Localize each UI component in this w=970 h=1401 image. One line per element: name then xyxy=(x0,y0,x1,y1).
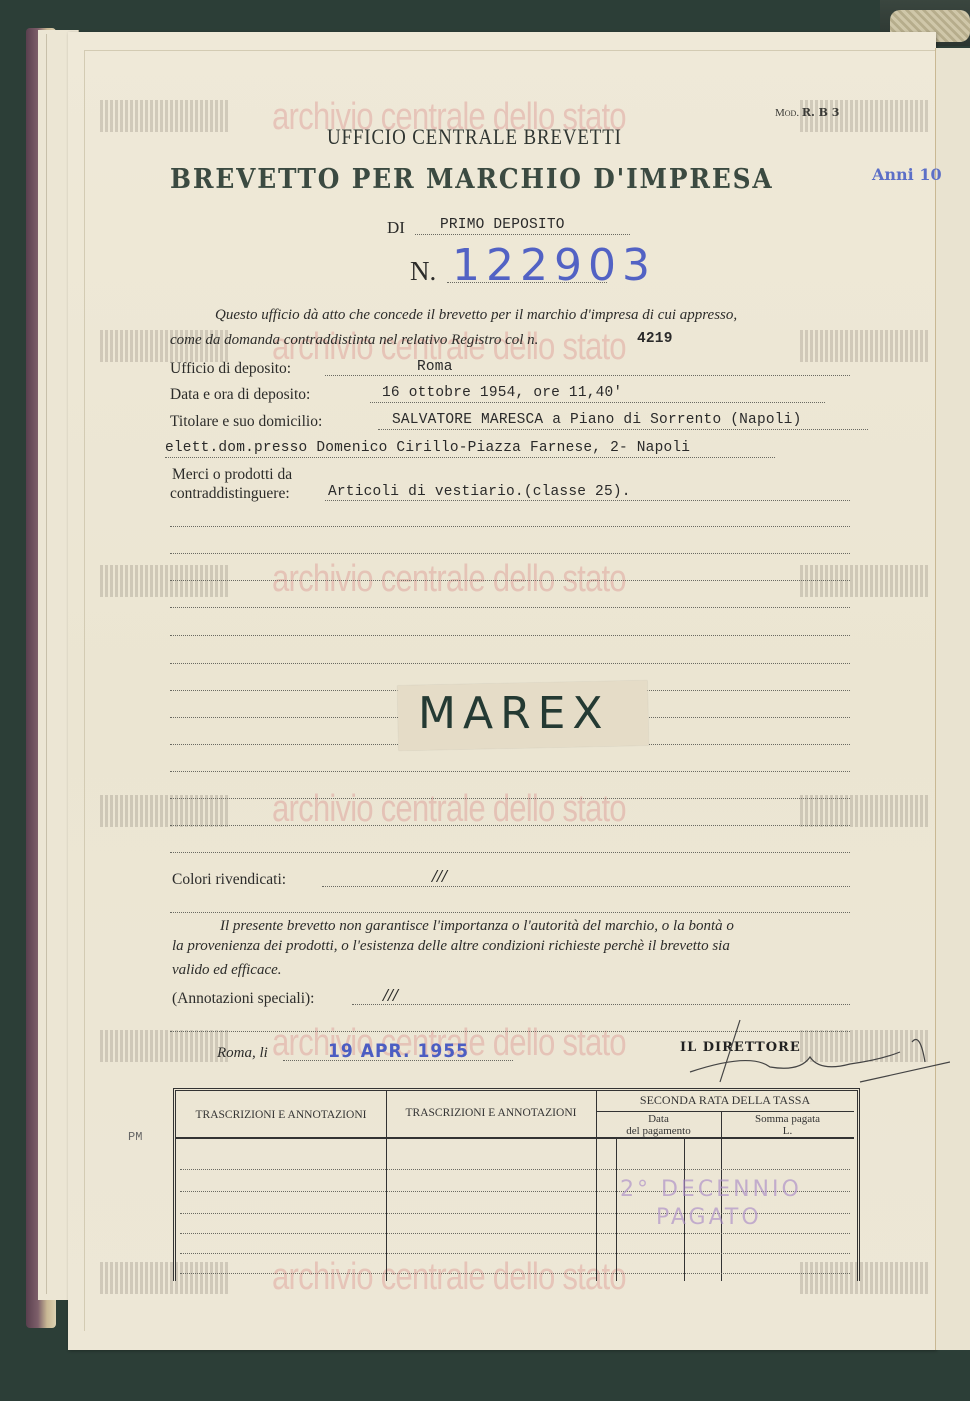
watermark-barcode-icon xyxy=(100,100,230,132)
datetime-value: 16 ottobre 1954, ore 11,40' xyxy=(382,385,622,401)
colors-value: /// xyxy=(432,866,447,887)
table-row xyxy=(180,1233,850,1234)
years-stamp: Anni 10 xyxy=(872,165,942,184)
office-heading: UFFICIO CENTRALE BREVETTI xyxy=(327,124,622,150)
patent-number-prefix: N. xyxy=(410,256,436,287)
office-line xyxy=(325,375,850,376)
column-header-payment-date: Data del pagamento xyxy=(596,1113,721,1137)
column-header-amount-paid: Somma pagata L. xyxy=(721,1113,854,1137)
ruled-line xyxy=(170,912,850,913)
date-stamp: 19 APR. 1955 xyxy=(328,1040,469,1062)
disclaimer-line-1: Il presente brevetto non garantisce l'im… xyxy=(220,918,734,935)
paid-stamp-line-1: 2° DECENNIO xyxy=(620,1177,802,1202)
transcriptions-table: TRASCRIZIONI E ANNOTAZIONI TRASCRIZIONI … xyxy=(173,1088,860,1281)
table-row xyxy=(180,1273,850,1274)
table-divider xyxy=(596,1111,854,1112)
holder-line xyxy=(378,429,868,430)
trademark-name: MAREX xyxy=(418,688,610,739)
intro-line-2: come da domanda contraddistinta nel rela… xyxy=(170,332,538,349)
model-code: Mod. R. B 3 xyxy=(775,106,839,119)
column-header-payment-date-line1: Data xyxy=(596,1113,721,1125)
table-row xyxy=(180,1169,850,1170)
deposit-type-line xyxy=(415,234,630,235)
ruled-line xyxy=(170,825,850,826)
register-number: 4219 xyxy=(637,331,673,347)
watermark-barcode-icon xyxy=(100,565,230,597)
goods-line xyxy=(325,500,850,501)
annotations-line xyxy=(352,1004,850,1005)
column-header-amount-paid-line1: Somma pagata xyxy=(721,1113,854,1125)
adjacent-page-edge xyxy=(935,48,970,1350)
ruled-line xyxy=(170,852,850,853)
ruled-line xyxy=(170,635,850,636)
deposit-type-value: PRIMO DEPOSITO xyxy=(440,217,565,233)
column-header-transcriptions-1: TRASCRIZIONI E ANNOTAZIONI xyxy=(176,1109,386,1121)
annotations-value: /// xyxy=(383,985,398,1006)
document-title: BREVETTO PER MARCHIO D'IMPRESA xyxy=(170,164,774,195)
disclaimer-line-2: la provenienza dei prodotti, o l'esisten… xyxy=(172,938,730,955)
holder-value: SALVATORE MARESCA a Piano di Sorrento (N… xyxy=(392,412,801,428)
intro-line-1: Questo ufficio dà atto che concede il br… xyxy=(215,307,737,324)
place-label: Roma, li xyxy=(217,1045,268,1062)
table-divider xyxy=(616,1137,617,1281)
office-label: Ufficio di deposito: xyxy=(170,360,291,378)
ruled-line xyxy=(170,526,850,527)
director-signature-icon xyxy=(650,1012,950,1092)
watermark-barcode-icon xyxy=(800,795,930,827)
holder-label: Titolare e suo domicilio: xyxy=(170,413,322,431)
goods-label-line-2: contraddistinguere: xyxy=(170,485,290,503)
model-label: Mod. xyxy=(775,107,799,119)
ruled-line xyxy=(170,607,850,608)
holder-value-line-2: elett.dom.presso Domenico Cirillo-Piazza… xyxy=(165,440,690,456)
deposit-type-prefix: DI xyxy=(387,218,405,238)
datetime-line xyxy=(370,402,825,403)
column-header-transcriptions-2: TRASCRIZIONI E ANNOTAZIONI xyxy=(386,1107,596,1119)
column-group-second-installment: SECONDA RATA DELLA TASSA xyxy=(596,1093,854,1108)
datetime-label: Data e ora di deposito: xyxy=(170,386,310,404)
watermark-barcode-icon xyxy=(800,565,930,597)
colors-line xyxy=(322,886,850,887)
table-row xyxy=(180,1253,850,1254)
disclaimer-line-3: valido ed efficace. xyxy=(172,962,282,979)
ruled-line xyxy=(170,580,850,581)
ruled-line xyxy=(170,798,850,799)
watermark-barcode-icon xyxy=(100,795,230,827)
goods-label-line-1: Merci o prodotti da xyxy=(172,466,292,484)
colors-label: Colori rivendicati: xyxy=(172,871,286,889)
office-value: Roma xyxy=(417,359,453,375)
paid-stamp-line-2: PAGATO xyxy=(656,1205,762,1230)
goods-value: Articoli di vestiario.(classe 25). xyxy=(328,484,631,500)
table-header-rule xyxy=(176,1137,854,1139)
holder-line-2 xyxy=(165,457,775,458)
watermark-barcode-icon xyxy=(100,1030,230,1062)
annotations-label: (Annotazioni speciali): xyxy=(172,990,314,1008)
column-header-amount-paid-line2: L. xyxy=(721,1125,854,1137)
patent-number-stamp: 122903 xyxy=(452,240,656,291)
model-code-value: R. B 3 xyxy=(802,106,840,119)
ruled-line xyxy=(170,771,850,772)
column-header-payment-date-line2: del pagamento xyxy=(596,1125,721,1137)
margin-mark: PM xyxy=(128,1130,142,1144)
ruled-line xyxy=(170,553,850,554)
ruled-line xyxy=(170,663,850,664)
watermark-barcode-icon xyxy=(800,330,930,362)
